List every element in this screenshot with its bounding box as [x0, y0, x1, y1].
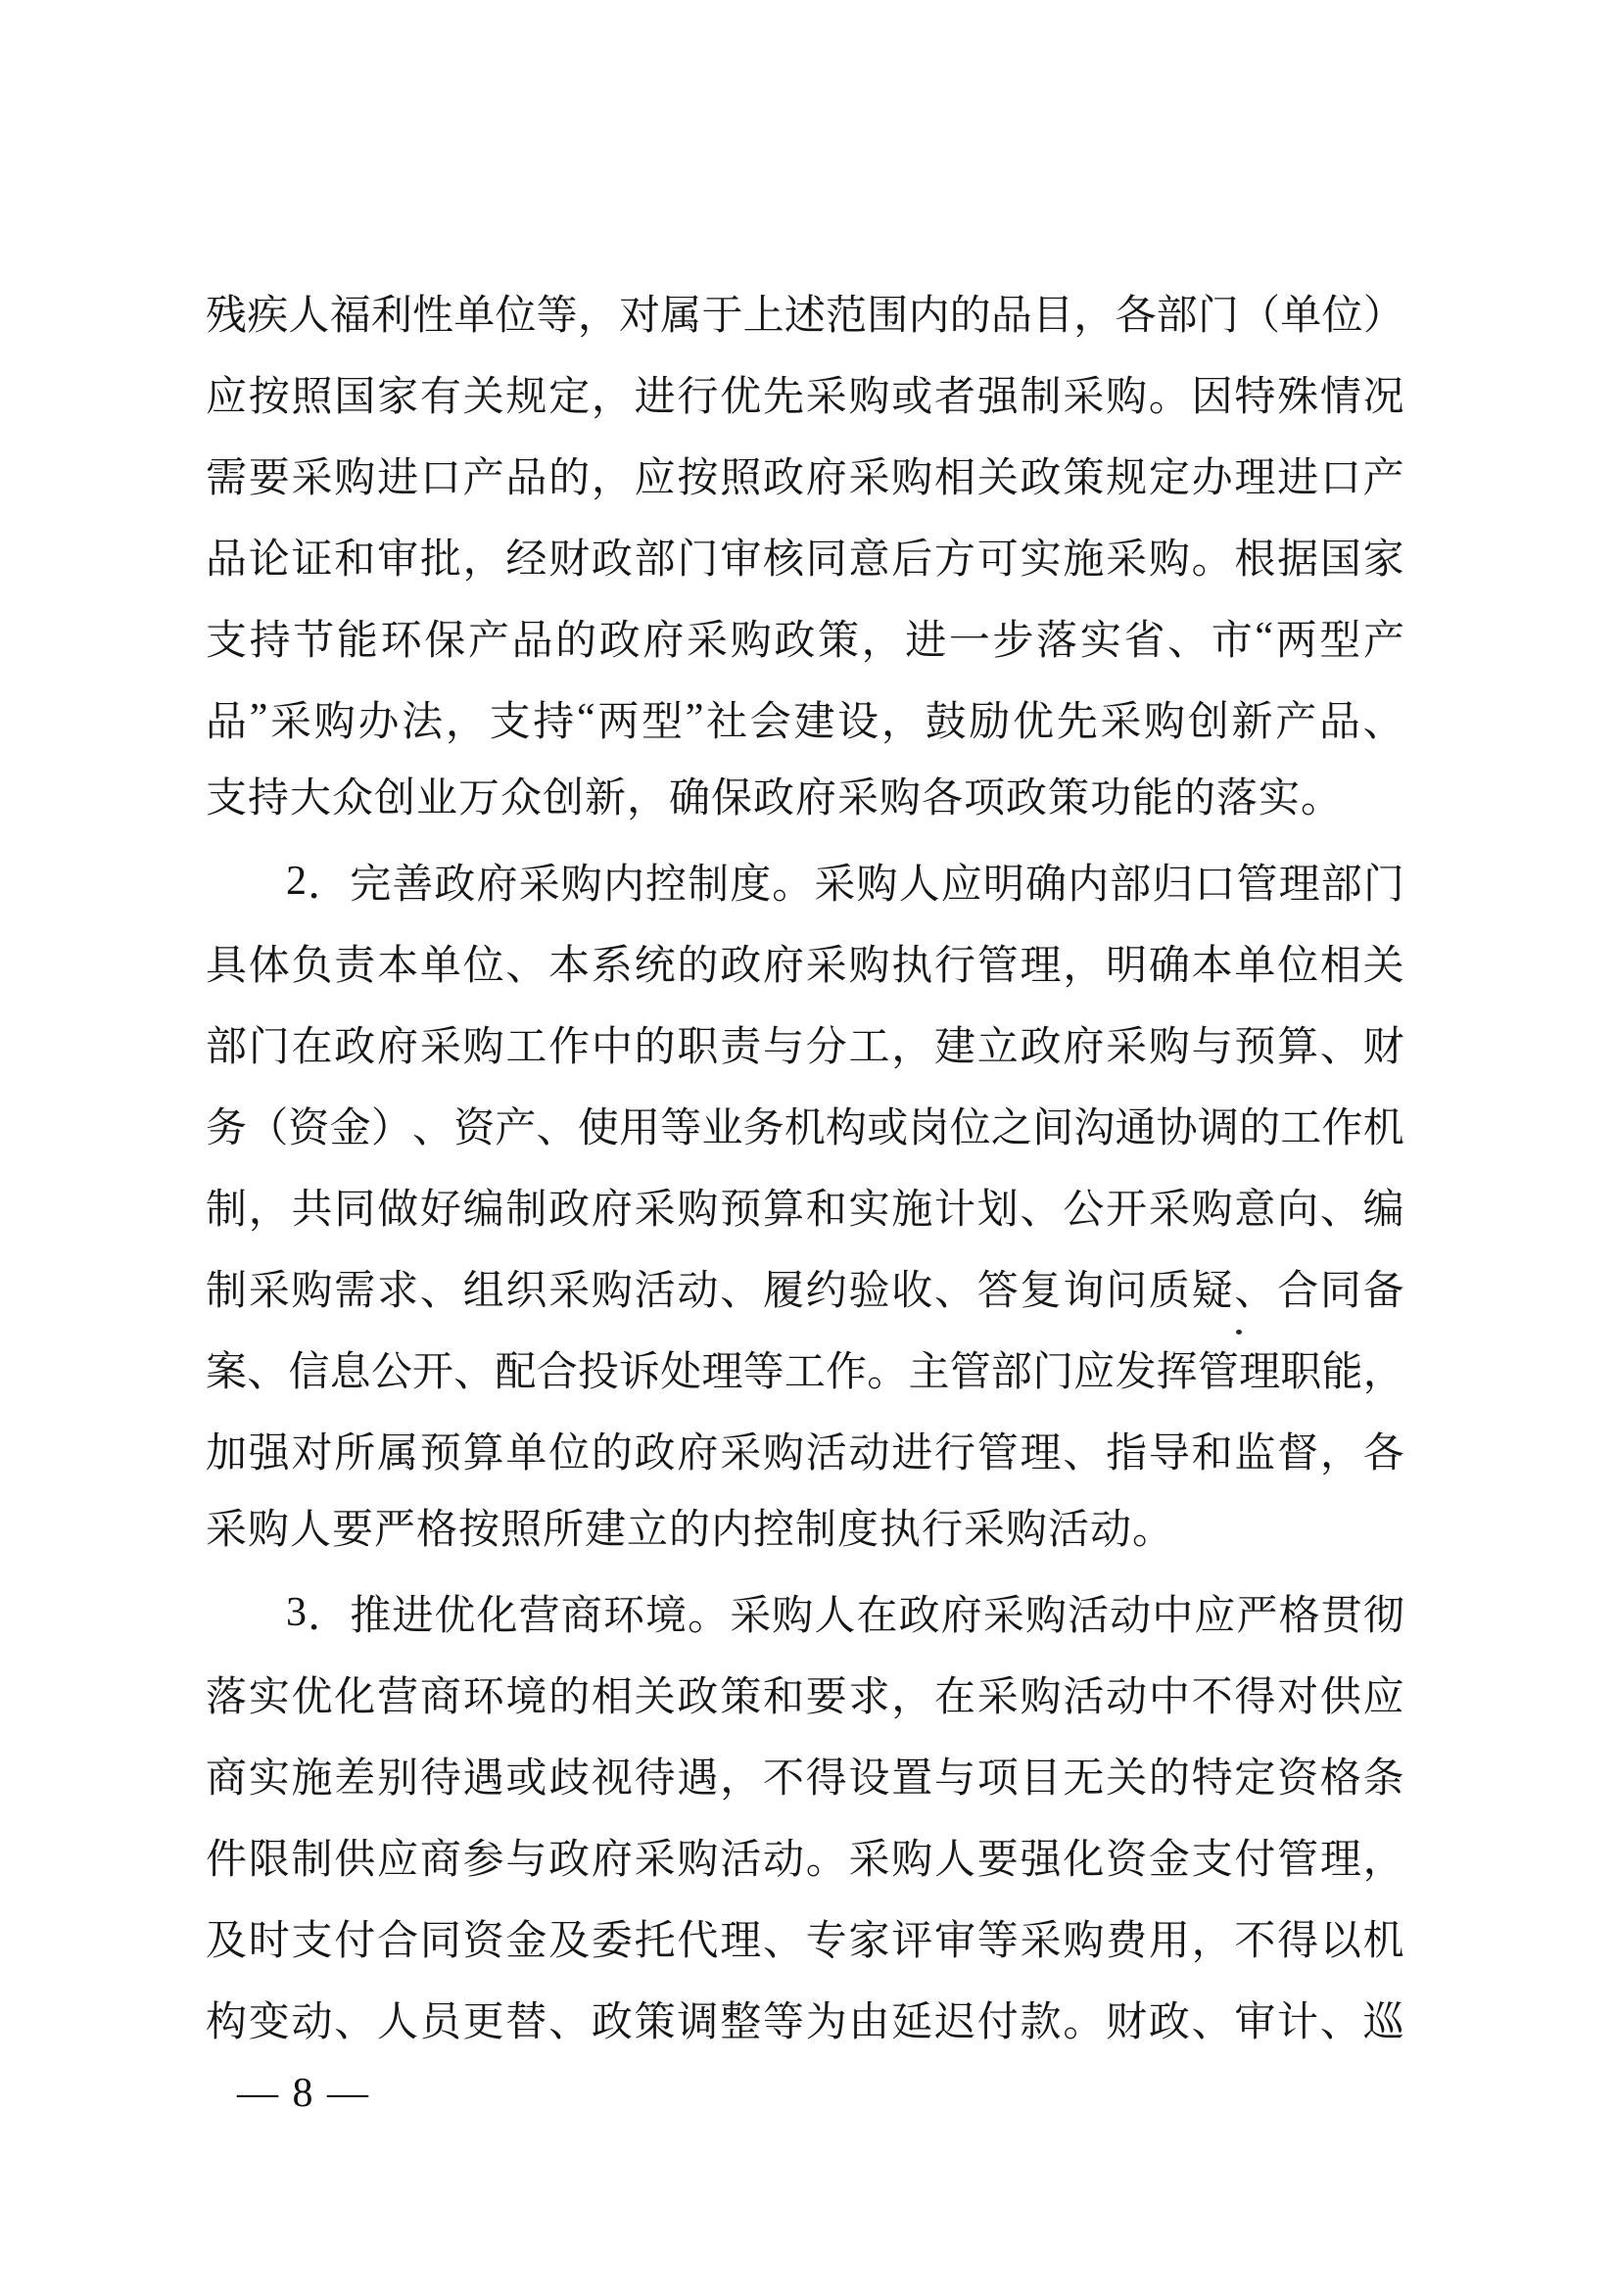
text-line: 具体负责本单位、本系统的政府采购执行管理，明确本单位相关	[206, 921, 1404, 1003]
text-line: 案、信息公开、配合投诉处理等工作。主管部门应发挥管理职能，	[206, 1328, 1404, 1409]
text-line: 制，共同做好编制政府采购预算和实施计划、公开采购意向、编	[206, 1165, 1404, 1246]
text-line: 应按照国家有关规定，进行优先采购或者强制采购。因特殊情况	[206, 352, 1404, 434]
text-line: 支持大众创业万众创新，确保政府采购各项政策功能的落实。	[206, 759, 1404, 840]
text-line: 务（资金）、资产、使用等业务机构或岗位之间沟通协调的工作机	[206, 1084, 1404, 1165]
text-line: 加强对所属预算单位的政府采购活动进行管理、指导和监督，各	[206, 1409, 1404, 1490]
document-page: 残疾人福利性单位等，对属于上述范围内的品目，各部门（单位） 应按照国家有关规定，…	[0, 0, 1616, 2296]
text-line: 部门在政府采购工作中的职责与分工，建立政府采购与预算、财	[206, 1003, 1404, 1084]
text-line: 制采购需求、组织采购活动、履约验收、答复询问质疑、合同备	[206, 1246, 1404, 1328]
text-line: 及时支付合同资金及委托代理、专家评审等采购费用，不得以机	[206, 1897, 1404, 1978]
text-line-paragraph-3-start: 3．推进优化营商环境。采购人在政府采购活动中应严格贯彻	[206, 1571, 1404, 1653]
document-body: 残疾人福利性单位等，对属于上述范围内的品目，各部门（单位） 应按照国家有关规定，…	[206, 271, 1404, 2059]
text-line: 件限制供应商参与政府采购活动。采购人要强化资金支付管理，	[206, 1815, 1404, 1897]
text-line: 采购人要严格按照所建立的内控制度执行采购活动。	[206, 1490, 1404, 1571]
text-line: 支持节能环保产品的政府采购政策，进一步落实省、市“两型产	[206, 596, 1404, 678]
text-line: 商实施差别待遇或歧视待遇，不得设置与项目无关的特定资格条	[206, 1734, 1404, 1815]
scan-artifact-dot	[1236, 1330, 1242, 1335]
page-number: — 8 —	[237, 2068, 370, 2119]
text-line: 落实优化营商环境的相关政策和要求，在采购活动中不得对供应	[206, 1653, 1404, 1734]
text-line: 构变动、人员更替、政策调整等为由延迟付款。财政、审计、巡	[206, 1978, 1404, 2059]
text-line: 残疾人福利性单位等，对属于上述范围内的品目，各部门（单位）	[206, 271, 1404, 352]
text-line-paragraph-2-start: 2．完善政府采购内控制度。采购人应明确内部归口管理部门	[206, 840, 1404, 921]
text-line: 品论证和审批，经财政部门审核同意后方可实施采购。根据国家	[206, 515, 1404, 596]
text-line: 品”采购办法，支持“两型”社会建设，鼓励优先采购创新产品、	[206, 678, 1404, 759]
text-line: 需要采购进口产品的，应按照政府采购相关政策规定办理进口产	[206, 434, 1404, 515]
